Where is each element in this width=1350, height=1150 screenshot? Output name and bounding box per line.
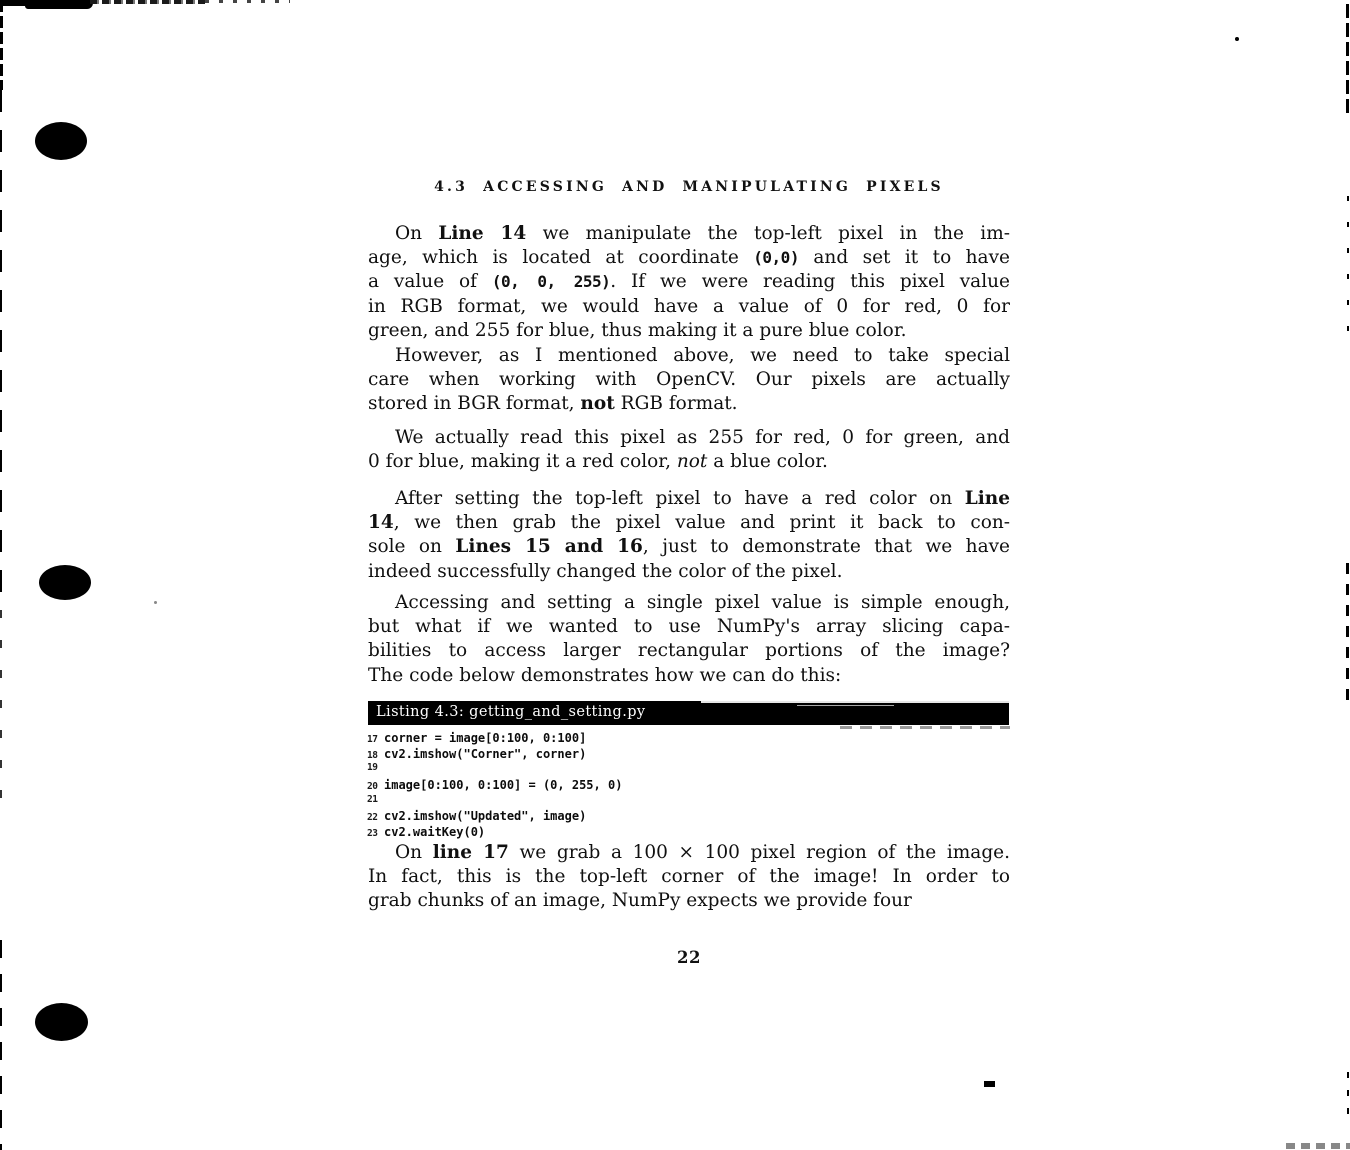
code-line-number: 20 [367, 781, 384, 792]
code-line: 17corner = image[0:100, 0:100] [367, 731, 1009, 747]
code-line-number: 22 [367, 812, 384, 823]
code-listing-title: Listing 4.3: getting_and_setting.py [376, 704, 646, 720]
section-header: 4.3 ACCESSING AND MANIPULATING PIXELS [368, 179, 1010, 195]
scan-white-streak [701, 701, 1009, 703]
scan-white-streak [797, 705, 893, 706]
scan-bottom-edge-specks [1286, 1143, 1350, 1149]
text-line: However, as I mentioned above, we need t… [368, 344, 1010, 368]
punch-hole-mark-middle [39, 565, 91, 600]
code-line: 19 [367, 762, 1009, 778]
scan-gray-streak [840, 726, 1010, 729]
book-page: 4.3 ACCESSING AND MANIPULATING PIXELS On… [0, 0, 1350, 1150]
punch-hole-mark-top [35, 122, 87, 160]
text-line: In fact, this is the top-left corner of … [368, 865, 1010, 889]
scan-torn-top-edge-blob [25, 0, 93, 9]
code-line: 22cv2.imshow("Updated", image) [367, 809, 1009, 825]
paragraph: On line 17 we grab a 100 × 100 pixel reg… [368, 841, 1010, 914]
code-line-text: cv2.imshow("Updated", image) [384, 809, 586, 823]
code-line: 18cv2.imshow("Corner", corner) [367, 747, 1009, 763]
scan-speck [1235, 37, 1239, 41]
text-line: 0 for blue, making it a red color, not a… [368, 450, 1010, 474]
text-line: grab chunks of an image, NumPy expects w… [368, 889, 1010, 913]
text-line: in RGB format, we would have a value of … [368, 295, 1010, 319]
code-listing-header: Listing 4.3: getting_and_setting.py [368, 701, 1009, 725]
code-line-number: 17 [367, 734, 384, 745]
code-line-number: 21 [367, 794, 384, 805]
text-line: We actually read this pixel as 255 for r… [368, 426, 1010, 450]
scan-speck [154, 601, 157, 604]
text-line: sole on Lines 15 and 16, just to demonst… [368, 535, 1010, 559]
scan-left-edge-line [0, 610, 2, 810]
scan-right-edge-line [1347, 1072, 1349, 1124]
scan-torn-top-edge-speckle [90, 0, 205, 4]
code-line-text: image[0:100, 0:100] = (0, 255, 0) [384, 778, 622, 792]
scan-speck [984, 1081, 995, 1087]
paragraph: After setting the top-left pixel to have… [368, 487, 1010, 584]
paragraph: We actually read this pixel as 255 for r… [368, 426, 1010, 474]
text-line: 14, we then grab the pixel value and pri… [368, 511, 1010, 535]
text-line: Accessing and setting a single pixel val… [368, 591, 1010, 615]
code-line-text: corner = image[0:100, 0:100] [384, 731, 586, 745]
code-line-number: 19 [367, 762, 384, 773]
text-line: bilities to access larger rectangular po… [368, 639, 1010, 663]
text-line: green, and 255 for blue, thus making it … [368, 319, 1010, 343]
text-line: age, which is located at coordinate (0,0… [368, 246, 1010, 270]
text-line: care when working with OpenCV. Our pixel… [368, 368, 1010, 392]
scan-left-edge-line [0, 940, 2, 1150]
scan-right-edge-line [1347, 196, 1349, 341]
text-line: a value of (0, 0, 255). If we were readi… [368, 270, 1010, 294]
scan-left-edge-line [0, 90, 2, 610]
scan-right-edge-line [1346, 563, 1349, 700]
text-line: indeed successfully changed the color of… [368, 560, 1010, 584]
paragraph: However, as I mentioned above, we need t… [368, 344, 1010, 417]
code-listing: 17corner = image[0:100, 0:100]18cv2.imsh… [367, 731, 1009, 841]
code-line: 20image[0:100, 0:100] = (0, 255, 0) [367, 778, 1009, 794]
punch-hole-mark-bottom [35, 1003, 88, 1041]
text-line: but what if we wanted to use NumPy's arr… [368, 615, 1010, 639]
paragraph: On Line 14 we manipulate the top-left pi… [368, 222, 1010, 343]
text-line: stored in BGR format, not RGB format. [368, 392, 1010, 416]
text-line: The code below demonstrates how we can d… [368, 664, 1010, 688]
page-number: 22 [368, 948, 1010, 967]
text-line: On line 17 we grab a 100 × 100 pixel reg… [368, 841, 1010, 865]
code-line: 21 [367, 794, 1009, 810]
scan-left-edge-line [0, 0, 3, 90]
code-line-number: 23 [367, 828, 384, 839]
code-line-text: cv2.imshow("Corner", corner) [384, 747, 586, 761]
code-line-text: cv2.waitKey(0) [384, 825, 485, 839]
code-line: 23cv2.waitKey(0) [367, 825, 1009, 841]
text-line: On Line 14 we manipulate the top-left pi… [368, 222, 1010, 246]
code-line-number: 18 [367, 750, 384, 761]
scan-torn-top-edge-specks [205, 0, 290, 3]
scan-right-edge-line [1346, 4, 1349, 116]
paragraph: Accessing and setting a single pixel val… [368, 591, 1010, 688]
text-line: After setting the top-left pixel to have… [368, 487, 1010, 511]
